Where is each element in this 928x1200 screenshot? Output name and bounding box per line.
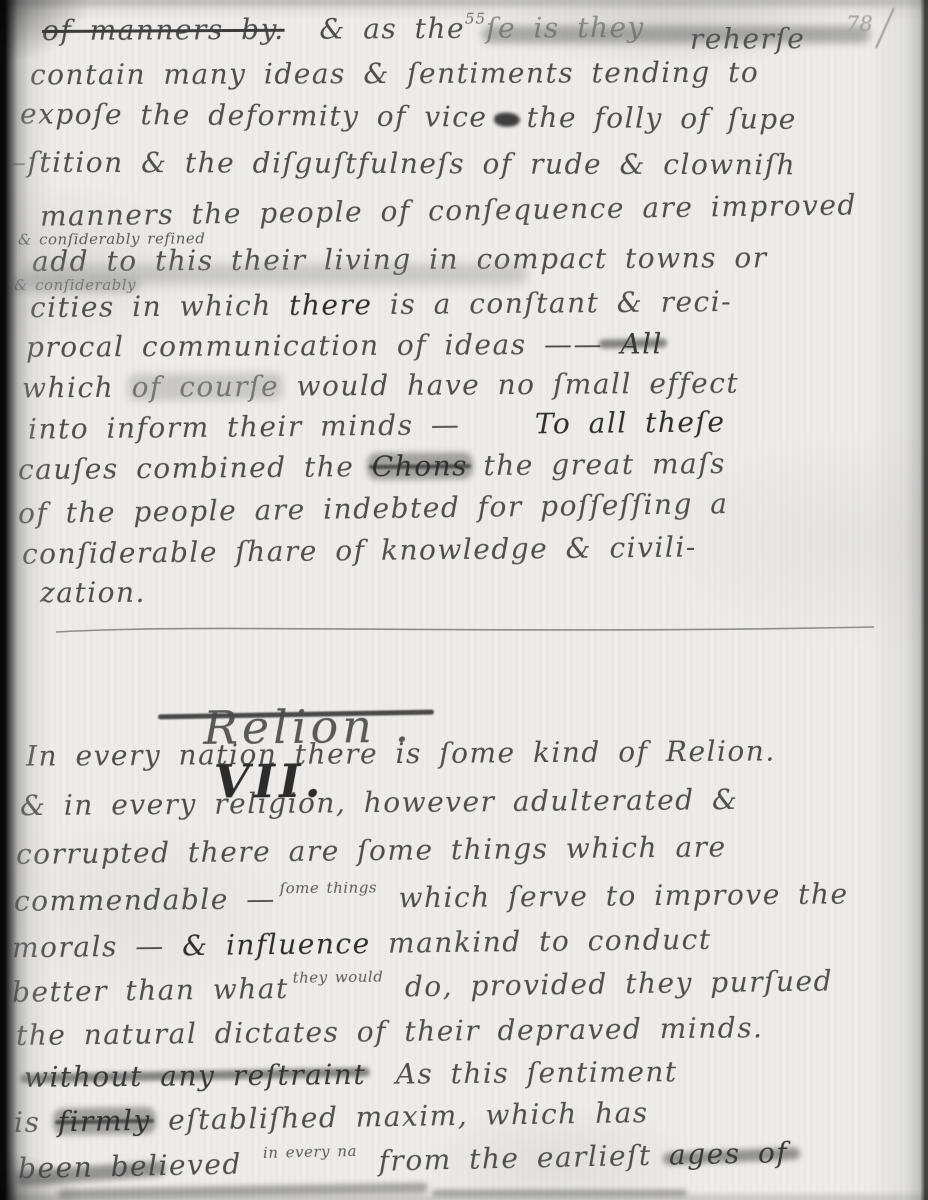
handwritten-text-faint: ſe is they	[486, 11, 645, 45]
handwritten-text: the great maſs	[468, 447, 726, 482]
manuscript-line: the natural dictates of their depraved m…	[16, 1011, 764, 1052]
manuscript-page: of manners by. & as the55ſe is they rehe…	[0, 0, 928, 1200]
handwritten-text: cities in which	[30, 289, 272, 324]
struck-text: of manners by.	[42, 13, 285, 47]
heading-title: Relion .	[203, 699, 413, 755]
manuscript-line: add to this their living in compact town…	[32, 241, 768, 278]
handwritten-text: cauſes combined the	[18, 450, 372, 486]
manuscript-line: conſiderable ſhare of knowledge & civili…	[22, 530, 697, 570]
handwritten-text: the folly of ſupe	[527, 101, 797, 136]
handwritten-text: & influence	[182, 927, 371, 962]
struck-text: firmly	[58, 1104, 152, 1138]
section-divider-line	[54, 620, 876, 638]
handwritten-text: morals —	[12, 929, 183, 964]
handwritten-text: from the earlieſt	[361, 1138, 669, 1177]
handwritten-text: do, provided they purſued	[387, 964, 833, 1003]
manuscript-line: is firmly eſtabliſhed maxim, which has	[14, 1096, 649, 1139]
handwritten-text: To all theſe	[535, 405, 726, 440]
handwritten-text: which ſerve to improve the	[381, 877, 849, 914]
manuscript-line: of manners by. & as the55ſe is they rehe…	[42, 10, 805, 47]
handwritten-text: eſtabliſhed maxim, which has	[151, 1096, 649, 1137]
manuscript-line: which of courſe would have no ſmall effe…	[22, 366, 739, 404]
handwritten-text: the natural dictates of their depraved m…	[16, 1011, 764, 1052]
ink-blot	[494, 112, 519, 126]
handwritten-text: As this ſentiment	[366, 1055, 678, 1091]
manuscript-line: cauſes combined the Chons the great maſs	[18, 447, 726, 486]
smudged-text: of courſe	[131, 370, 279, 404]
inserted-text: they would	[292, 968, 383, 987]
manuscript-line: corrupted there are ſome things which ar…	[16, 830, 727, 870]
handwritten-text: of the people are indebted for poſſeſſin…	[18, 487, 729, 530]
struck-text: All	[603, 327, 663, 360]
manuscript-line: without any reſtraint As this ſentiment	[24, 1055, 678, 1094]
manuscript-line: –ſtition & the diſguſtfulneſs of rude & …	[12, 146, 796, 182]
manuscript-line: cities in which there is a conſtant & re…	[30, 285, 732, 324]
manuscript-line: into inform their minds — To all theſe	[28, 405, 726, 445]
manuscript-line: expoſe the deformity of vicethe folly of…	[20, 97, 797, 135]
section-heading: Relion . VII.	[165, 645, 414, 810]
struck-text: Chons	[372, 449, 469, 483]
handwritten-text: is a conſtant & reci-	[372, 285, 732, 321]
handwritten-text: expoſe the deformity of vice	[20, 97, 488, 133]
handwritten-text: would have no ſmall effect	[279, 366, 739, 402]
inserted-text: ſome things	[280, 878, 378, 897]
handwritten-text: conſiderable ſhare of knowledge & civili…	[22, 530, 697, 570]
handwritten-text: mankind to conduct	[370, 923, 711, 960]
manuscript-line: zation.	[40, 576, 146, 610]
superscript-number: 55	[465, 10, 486, 28]
struck-text: without any reſtraint	[24, 1058, 366, 1094]
handwritten-text-faint: –	[12, 146, 28, 179]
smeared-text: ages of	[669, 1136, 789, 1171]
handwritten-text: which	[22, 371, 132, 405]
handwritten-text: contain many ideas & ſentiments tending …	[30, 56, 759, 92]
handwritten-text: procal communication of ideas ——	[26, 328, 603, 364]
handwritten-text: manners the people of conſequence are im…	[40, 188, 857, 232]
handwritten-text: reherſe	[645, 22, 806, 56]
manuscript-line: commendable —ſome things which ſerve to …	[14, 877, 849, 917]
handwritten-text: there	[272, 288, 373, 322]
handwritten-text: into inform their minds —	[28, 407, 535, 445]
inserted-text: in every na	[263, 1142, 357, 1162]
manuscript-line: been believed in every na from the earli…	[18, 1136, 789, 1185]
manuscript-line: manners the people of conſequence are im…	[40, 188, 857, 232]
handwritten-text: zation.	[40, 576, 146, 610]
heading-numeral: VII.	[214, 754, 325, 809]
handwritten-text: & as the	[285, 12, 466, 46]
handwritten-text: been believed	[18, 1147, 260, 1185]
manuscript-line: of the people are indebted for poſſeſſin…	[18, 487, 729, 530]
scanned-manuscript: { "document": { "kind": "handwritten man…	[0, 0, 928, 1200]
handwritten-text: is	[14, 1105, 58, 1139]
handwritten-text: corrupted there are ſome things which ar…	[16, 830, 727, 870]
manuscript-line: procal communication of ideas —— All	[26, 327, 663, 363]
manuscript-line: better than whatthey would do, provided …	[12, 964, 833, 1008]
handwritten-text: better than what	[12, 972, 289, 1009]
handwritten-text: commendable —	[14, 882, 276, 917]
manuscript-line: morals — & influence mankind to conduct	[12, 923, 712, 965]
page-number: 78	[846, 12, 873, 36]
handwritten-text: ſtition & the diſguſtfulneſs of rude & c…	[27, 146, 796, 182]
handwritten-text: add to this their living in compact town…	[32, 241, 768, 278]
manuscript-line: contain many ideas & ſentiments tending …	[30, 56, 759, 92]
